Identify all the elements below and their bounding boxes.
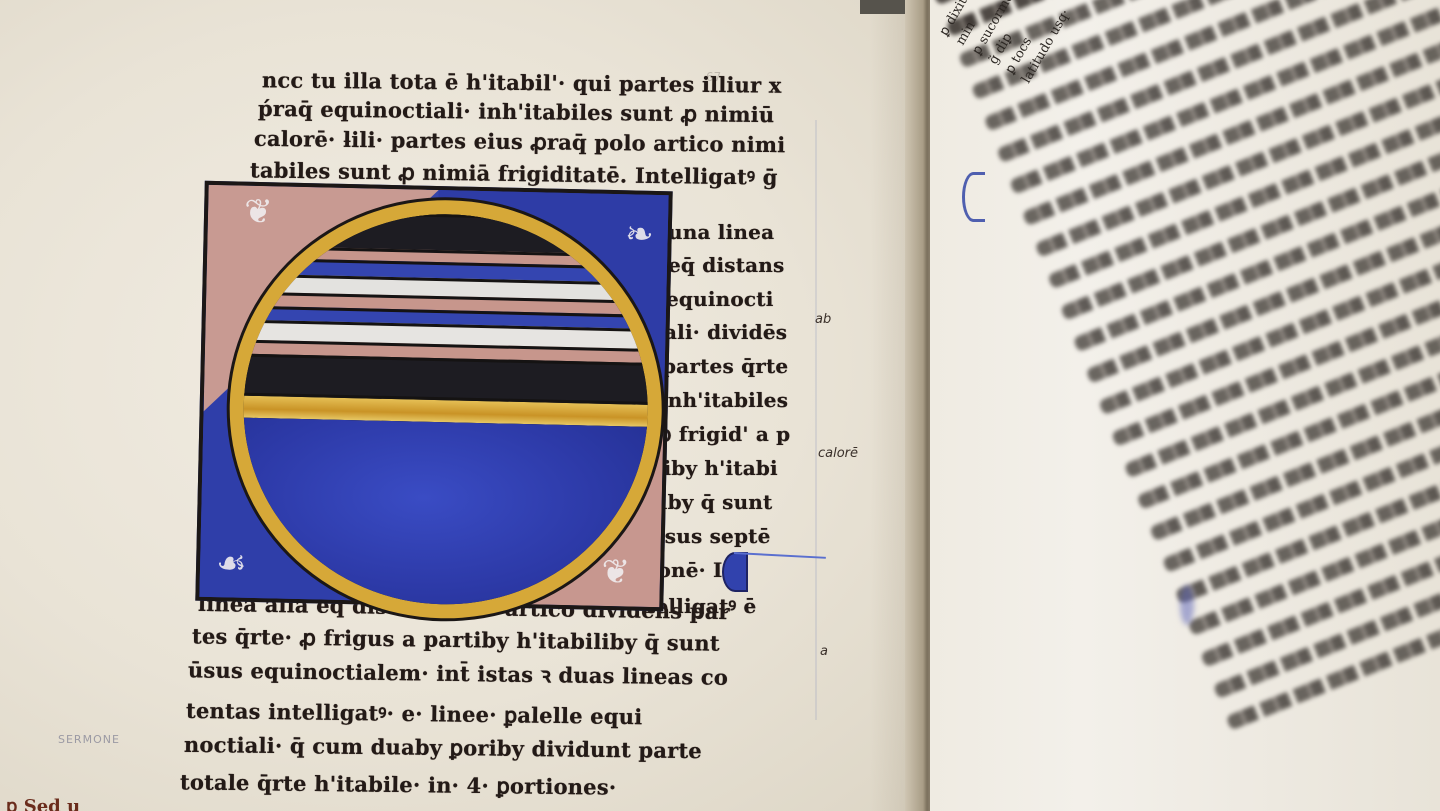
text-fragment: ꝑ Sed u <box>6 796 80 811</box>
blue-initial-mark <box>962 172 985 222</box>
text-line: equinocti <box>666 287 774 311</box>
text-line: partes q̄rte <box>662 354 788 378</box>
text-line: calorē· ƚili· partes eius ꝓraq̄ polo art… <box>254 126 786 157</box>
text-line: eq̄ distans <box>668 253 785 277</box>
text-line: usus septē <box>650 524 771 548</box>
blurred-text-block <box>930 0 1440 794</box>
background-shadow <box>860 0 910 14</box>
margin-gloss: a <box>820 644 828 659</box>
globe-icon <box>225 195 666 623</box>
southern-hemisphere <box>239 418 647 617</box>
text-line: tiby h'itabi <box>654 456 778 480</box>
text-line: ncc tu illa tota ē h'itabil'· qui partes… <box>262 67 782 97</box>
faint-stamp: SERMONE <box>58 733 120 746</box>
margin-gloss: calorē <box>818 446 858 461</box>
text-line: ꝓ frigid' a p <box>656 422 790 446</box>
text-line: tes q̄rte· ꝓ frigus a partiby h'itabilib… <box>192 623 720 655</box>
illuminated-initial: ❦ ❧ ☙ ❦ <box>195 181 672 612</box>
blue-initial-mark <box>1180 585 1194 625</box>
text-line: tentas intelligatꝰ· e· linee· ꝑalelle eq… <box>186 697 643 731</box>
text-line: liby q̄ sunt <box>652 490 773 514</box>
left-page: 67 ncc tu illa tota ē h'itabil'· qui par… <box>0 0 930 811</box>
text-line: inh'itabiles <box>660 388 788 412</box>
text-line: ṕraq̄ equinoctiali· inh'itabiles sunt ꝓ … <box>258 96 775 127</box>
ruling-line <box>815 120 817 720</box>
text-line: noctiali· q̄ cum duaby ꝑoriby dividunt p… <box>184 732 702 763</box>
right-page <box>930 0 1440 811</box>
text-line: ūsus equinoctialem· int̄ istas ꝛ duas li… <box>188 656 728 692</box>
text-line: una linea <box>668 220 774 244</box>
small-blue-initial <box>722 552 748 592</box>
text-line: ali· dividēs <box>664 320 787 344</box>
text-line: totale q̄rte h'itabile· in· 4· ꝑortiones… <box>180 769 617 799</box>
manuscript-photo: 67 ncc tu illa tota ē h'itabil'· qui par… <box>0 0 1440 811</box>
margin-gloss: ab <box>815 312 831 327</box>
